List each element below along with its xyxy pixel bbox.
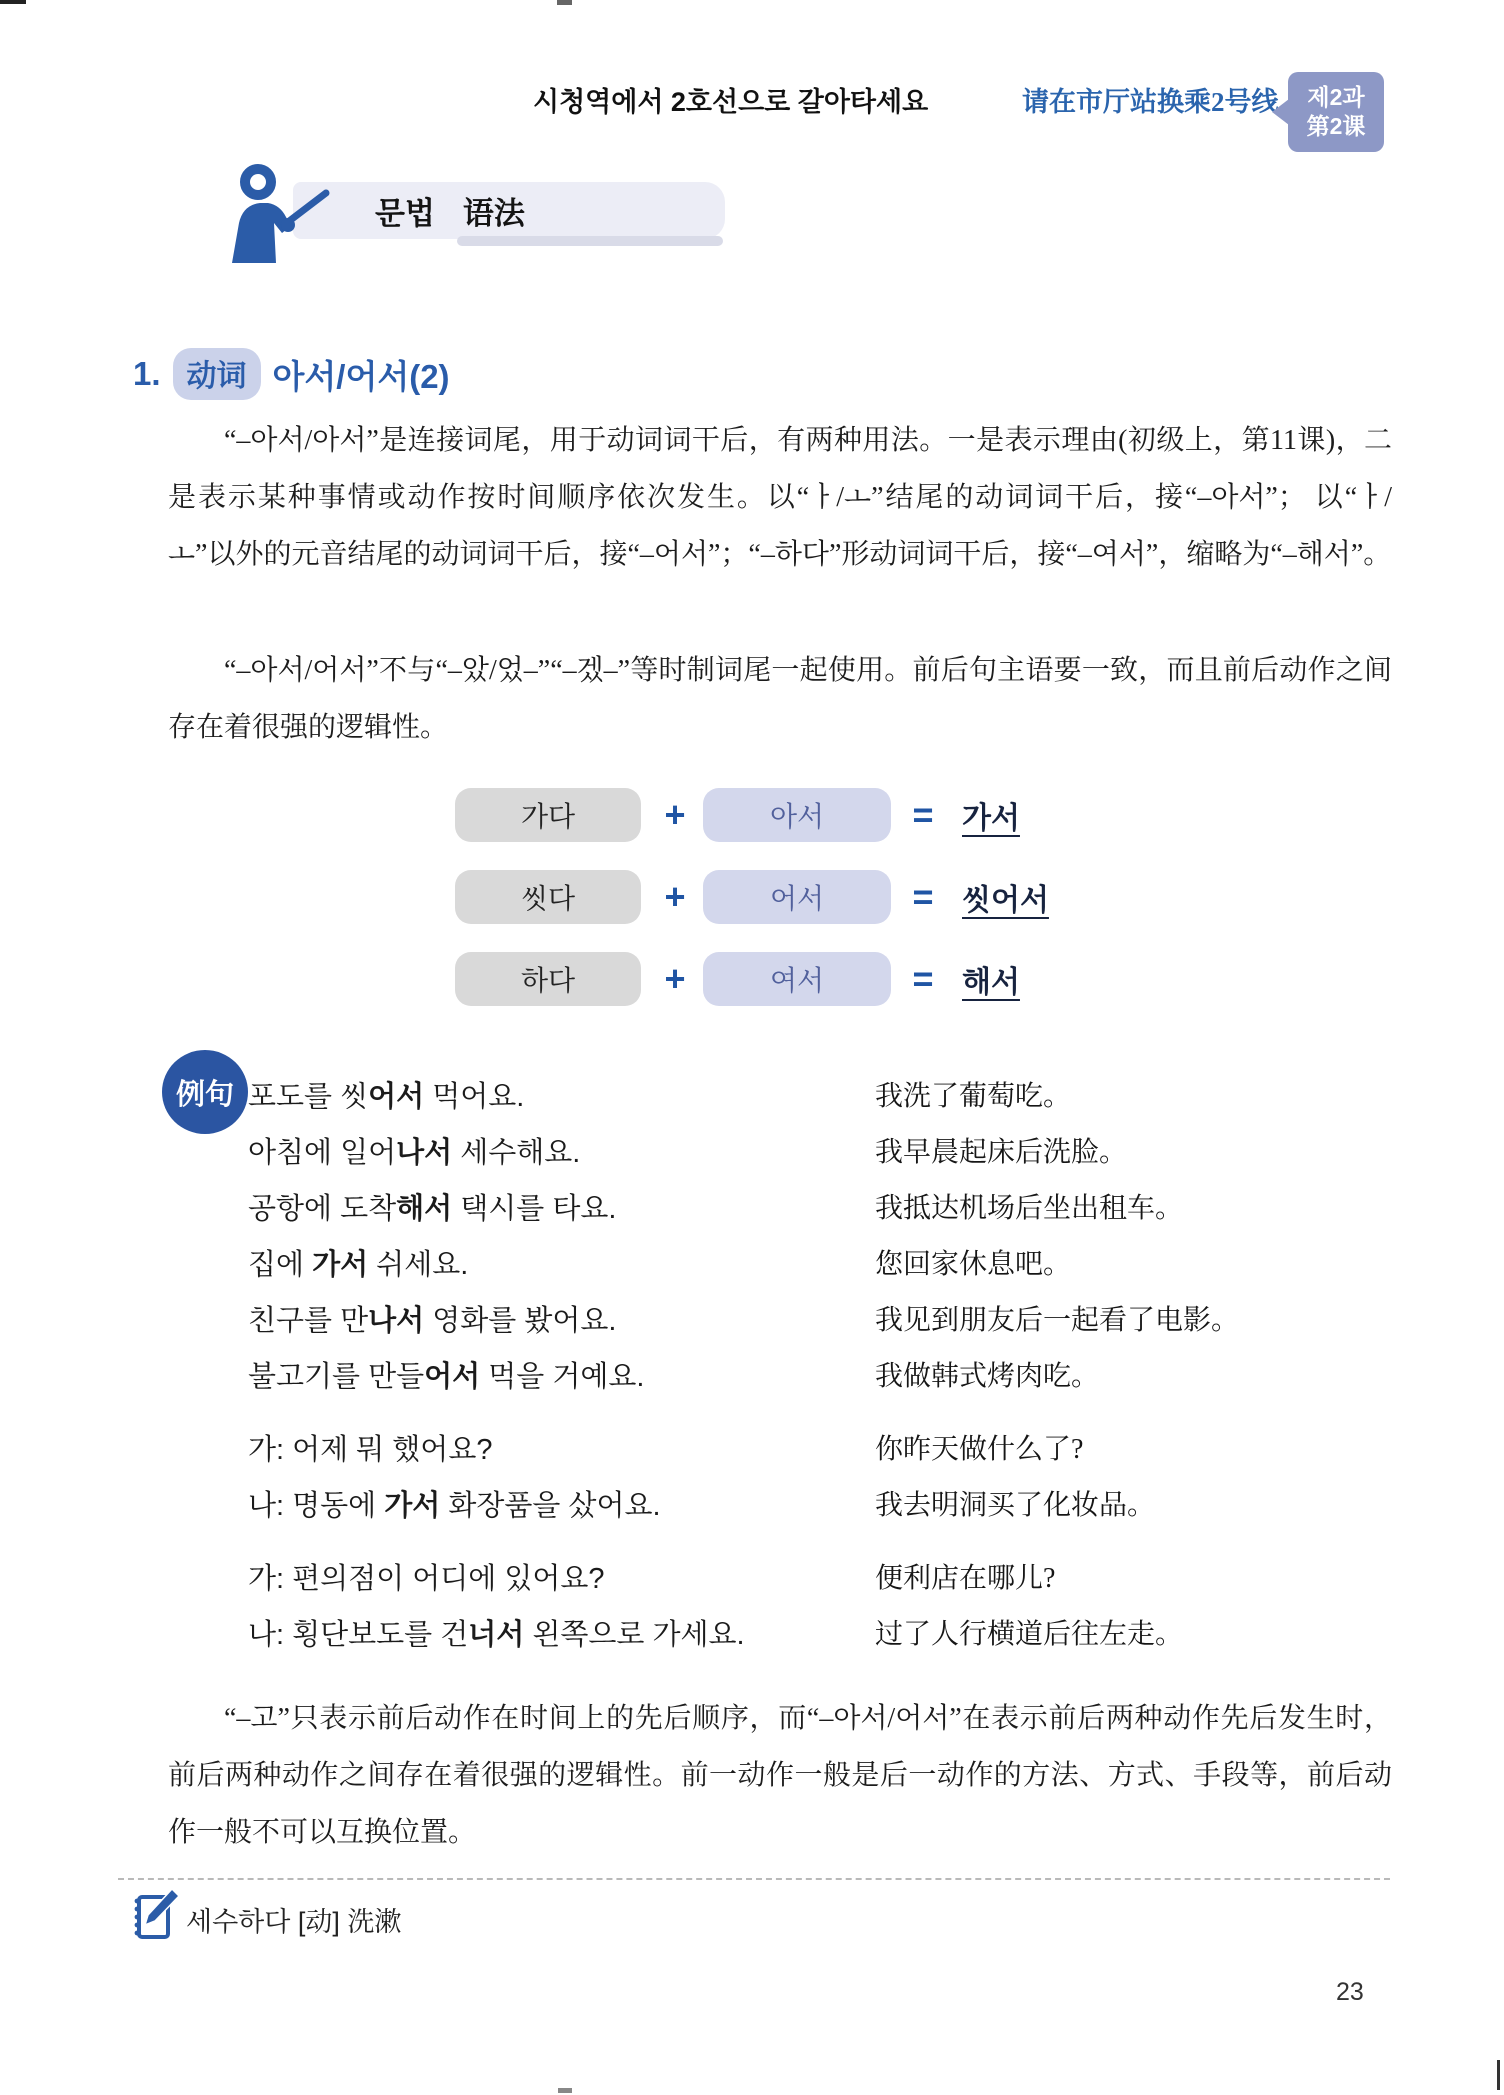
example-korean: 불고기를 만들어서 먹을 거예요. — [248, 1354, 875, 1395]
textbook-page: 시청역에서 2호선으로 갈아타세요 请在市厅站换乘2号线 제2과 第2课 문법 … — [0, 0, 1504, 2095]
example-chinese: 我早晨起床后洗脸。 — [875, 1130, 1127, 1170]
ending-pill: 아서 — [703, 788, 891, 842]
example-row: 공항에 도착해서 택시를 타요. 我抵达机场后坐出租车。 — [248, 1178, 1504, 1234]
footnote-vocabulary: 세수하다 [动] 洗漱 — [186, 1900, 401, 1939]
conjugation-result: 해서 — [962, 952, 1020, 1006]
formation-row: 가다 + 아서 = 가서 — [0, 788, 1504, 842]
explanation-paragraph-2: “–아서/어서”不与“–았/었–”“–겠–”等时制词尾一起使用。前后句主语要一致… — [168, 642, 1392, 756]
notebook-pencil-icon — [128, 1888, 182, 1944]
example-row: 아침에 일어나서 세수해요. 我早晨起床后洗脸。 — [248, 1122, 1504, 1178]
example-korean: 아침에 일어나서 세수해요. — [248, 1130, 875, 1171]
example-chinese: 您回家休息吧。 — [875, 1242, 1071, 1282]
example-row: 포도를 씻어서 먹어요. 我洗了葡萄吃。 — [248, 1066, 1504, 1122]
teacher-pointing-icon — [218, 163, 338, 263]
grammar-banner: 문법 语法 — [293, 182, 725, 239]
example-korean: 포도를 씻어서 먹어요. — [248, 1074, 875, 1115]
lesson-tab-korean: 제2과 — [1307, 83, 1364, 112]
crop-mark-bottom-right — [1497, 2060, 1500, 2090]
running-head-korean: 시청역에서 2호선으로 갈아타세요 — [533, 80, 928, 119]
example-row: 나: 명동에 가서 화장품을 샀어요. 我去明洞买了化妆品。 — [248, 1475, 1504, 1531]
verb-stem-pill: 하다 — [455, 952, 641, 1006]
formation-row: 하다 + 여서 = 해서 — [0, 952, 1504, 1006]
crop-mark-top-center — [557, 0, 572, 5]
explanation-paragraph-3: “–고”只表示前后动作在时间上的先后顺序，而“–아서/어서”在表示前后两种动作先… — [168, 1690, 1392, 1861]
example-chinese: 我去明洞买了化妆品。 — [875, 1483, 1155, 1523]
example-row: 가: 어제 뭐 했어요? 你昨天做什么了? — [248, 1419, 1504, 1475]
footnote-divider — [118, 1878, 1390, 1880]
example-korean: 가: 편의점이 어디에 있어요? — [248, 1556, 875, 1597]
equals-sign: = — [896, 870, 950, 924]
example-korean: 친구를 만나서 영화를 봤어요. — [248, 1298, 875, 1339]
conjugation-result: 가서 — [962, 788, 1020, 842]
example-chinese: 我做韩式烤肉吃。 — [875, 1354, 1099, 1394]
verb-stem-pill: 씻다 — [455, 870, 641, 924]
grammar-heading-title: 아서/어서(2) — [273, 351, 450, 398]
example-sentences: 포도를 씻어서 먹어요. 我洗了葡萄吃。 아침에 일어나서 세수해요. 我早晨起… — [0, 1066, 1504, 1660]
ending-pill: 여서 — [703, 952, 891, 1006]
example-korean: 나: 명동에 가서 화장품을 샀어요. — [248, 1483, 875, 1524]
example-row: 불고기를 만들어서 먹을 거예요. 我做韩式烤肉吃。 — [248, 1346, 1504, 1402]
example-korean: 가: 어제 뭐 했어요? — [248, 1427, 875, 1468]
page-number: 23 — [1336, 1978, 1364, 2007]
conjugation-result: 씻어서 — [962, 870, 1049, 924]
verb-stem-pill: 가다 — [455, 788, 641, 842]
example-row: 나: 횡단보도를 건너서 왼쪽으로 가세요. 过了人行横道后往左走。 — [248, 1604, 1504, 1660]
lesson-tab-chinese: 第2课 — [1307, 112, 1366, 141]
equals-sign: = — [896, 952, 950, 1006]
plus-sign: + — [652, 952, 698, 1006]
running-head-chinese: 请在市厅站换乘2号线 — [1022, 80, 1279, 119]
plus-sign: + — [652, 788, 698, 842]
ending-pill: 어서 — [703, 870, 891, 924]
grammar-heading-number: 1. — [133, 355, 161, 393]
example-chinese: 过了人行横道后往左走。 — [875, 1612, 1183, 1652]
example-row: 친구를 만나서 영화를 봤어요. 我见到朋友后一起看了电影。 — [248, 1290, 1504, 1346]
formation-diagram: 가다 + 아서 = 가서 씻다 + 어서 = 씻어서 하다 + 여서 = 해서 — [0, 788, 1504, 1034]
banner-label-chinese: 语法 — [463, 188, 525, 233]
formation-row: 씻다 + 어서 = 씻어서 — [0, 870, 1504, 924]
example-chinese: 我洗了葡萄吃。 — [875, 1074, 1071, 1114]
example-korean: 공항에 도착해서 택시를 타요. — [248, 1186, 875, 1227]
example-chinese: 你昨天做什么了? — [875, 1427, 1083, 1467]
crop-mark-top-left — [0, 0, 26, 4]
arrow-left-icon — [1272, 99, 1289, 125]
crop-mark-bottom-center — [558, 2088, 572, 2093]
example-chinese: 我抵达机场后坐出租车。 — [875, 1186, 1183, 1226]
part-of-speech-tag: 动词 — [173, 348, 261, 400]
example-row: 집에 가서 쉬세요. 您回家休息吧。 — [248, 1234, 1504, 1290]
example-korean: 나: 횡단보도를 건너서 왼쪽으로 가세요. — [248, 1612, 875, 1653]
lesson-tab: 제2과 第2课 — [1288, 72, 1384, 152]
banner-label-korean: 문법 — [375, 188, 435, 233]
explanation-paragraph-1: “–아서/아서”是连接词尾，用于动词词干后，有两种用法。一是表示理由(初级上，第… — [168, 412, 1392, 583]
equals-sign: = — [896, 788, 950, 842]
plus-sign: + — [652, 870, 698, 924]
example-chinese: 便利店在哪儿? — [875, 1556, 1055, 1596]
example-row: 가: 편의점이 어디에 있어요? 便利店在哪儿? — [248, 1548, 1504, 1604]
example-chinese: 我见到朋友后一起看了电影。 — [875, 1298, 1239, 1338]
example-korean: 집에 가서 쉬세요. — [248, 1242, 875, 1283]
grammar-heading: 1. 动词 아서/어서(2) — [133, 348, 450, 400]
